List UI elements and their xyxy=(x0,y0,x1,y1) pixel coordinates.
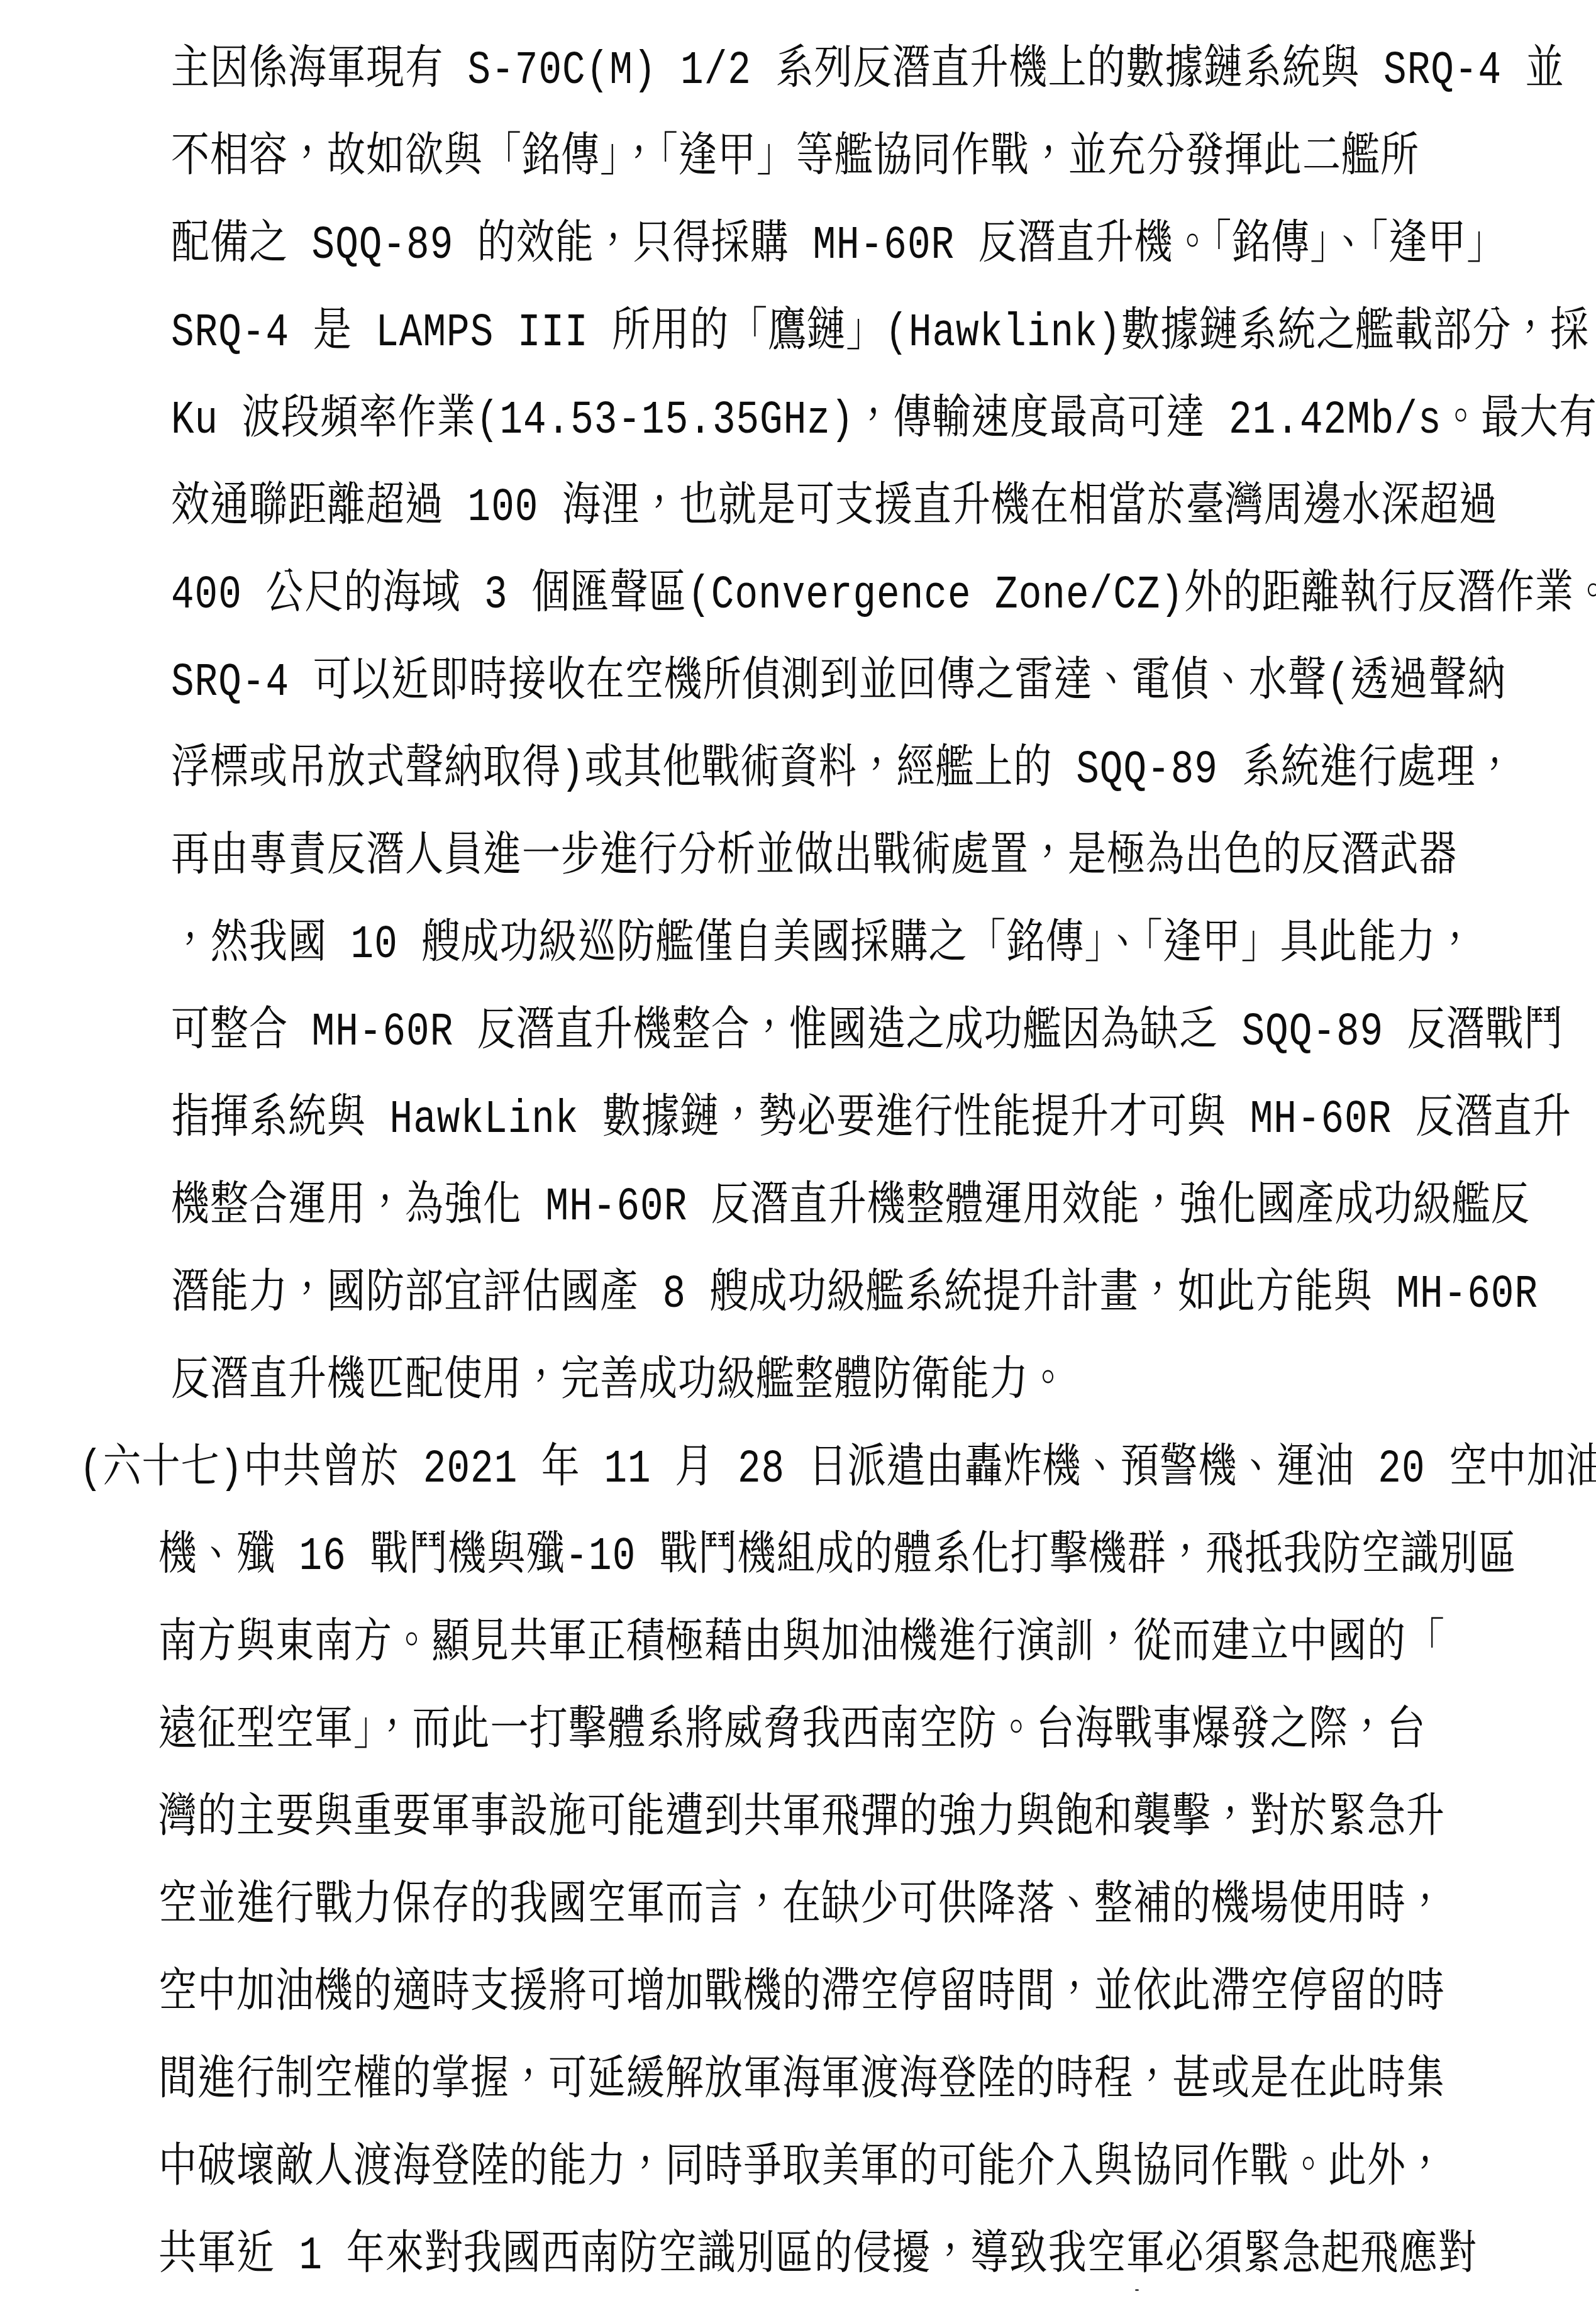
text-line: 灣的主要與重要軍事設施可能遭到共軍飛彈的強力與飽和襲擊，對於緊急升 xyxy=(158,1789,1445,1851)
text-line: 潛能力，國防部宜評估國產 8 艘成功級艦系統提升計畫，如此方能與 MH-60R xyxy=(171,1265,1538,1326)
text-line: 可整合 MH-60R 反潛直升機整合，惟國造之成功艦因為缺乏 SQQ-89 反潛… xyxy=(171,1002,1563,1064)
text-line: 效通聯距離超過 100 海浬，也就是可支援直升機在相當於臺灣周邊水深超過 xyxy=(171,478,1498,540)
document-page: 主因係海軍現有 S-70C(M) 1/2 系列反潛直升機上的數據鏈系統與 SRQ… xyxy=(0,0,1596,2318)
text-line: SRQ-4 可以近即時接收在空機所偵測到並回傳之雷達、電偵、水聲(透過聲納 xyxy=(171,653,1506,714)
text-line: 中破壞敵人渡海登陸的能力，同時爭取美軍的可能介入與協同作戰。此外， xyxy=(158,2139,1445,2200)
text-line: 南方與東南方。顯見共軍正積極藉由與加油機進行演訓，從而建立中國的「 xyxy=(158,1614,1445,1676)
text-line: 空中加油機的適時支援將可增加戰機的滯空停留時間，並依此滯空停留的時 xyxy=(158,1964,1445,2026)
text-line: 指揮系統與 HawkLink 數據鏈，勢必要進行性能提升才可與 MH-60R 反… xyxy=(171,1090,1571,1151)
text-line: 空並進行戰力保存的我國空軍而言，在缺少可供降落、整補的機場使用時， xyxy=(158,1877,1445,1938)
text-line: 共軍近 1 年來對我國西南防空識別區的侵擾，導致我空軍必須緊急起飛應對 xyxy=(158,2226,1477,2288)
text-line: 間進行制空權的掌握，可延緩解放軍海軍渡海登陸的時程，甚或是在此時集 xyxy=(158,2051,1445,2113)
text-line: 400 公尺的海域 3 個匯聲區(Convergence Zone/CZ)外的距… xyxy=(171,565,1596,627)
text-line: Ku 波段頻率作業(14.53-15.35GHz)，傳輸速度最高可達 21.42… xyxy=(171,391,1596,452)
item-67-label-line: (六十七)中共曾於 2021 年 11 月 28 日派遣由轟炸機、預警機、運油 … xyxy=(79,1439,1596,1501)
scan-artifact-dot xyxy=(1135,2289,1139,2291)
text-line: 配備之 SQQ-89 的效能，只得採購 MH-60R 反潛直升機。「銘傳」、「逢… xyxy=(171,216,1505,277)
text-line: 機整合運用，為強化 MH-60R 反潛直升機整體運用效能，強化國產成功級艦反 xyxy=(171,1177,1530,1239)
text-line: ，然我國 10 艘成功級巡防艦僅自美國採購之「銘傳」、「逢甲」具此能力， xyxy=(171,915,1475,977)
text-line: 反潛直升機匹配使用，完善成功級艦整體防衛能力。 xyxy=(171,1352,1068,1414)
text-line: 主因係海軍現有 S-70C(M) 1/2 系列反潛直升機上的數據鏈系統與 SRQ… xyxy=(171,41,1565,103)
text-line: 再由專責反潛人員進一步進行分析並做出戰術處置，是極為出色的反潛武器 xyxy=(171,828,1458,889)
text-line: SRQ-4 是 LAMPS III 所用的「鷹鏈」(Hawklink)數據鏈系統… xyxy=(171,303,1589,365)
text-line: 浮標或吊放式聲納取得)或其他戰術資料，經艦上的 SQQ-89 系統進行處理， xyxy=(171,740,1514,802)
text-line: 機、殲 16 戰鬥機與殲-10 戰鬥機組成的體系化打擊機群，飛抵我防空識別區 xyxy=(158,1527,1517,1589)
text-line: 遠征型空軍」，而此一打擊體系將威脅我西南空防。台海戰事爆發之際，台 xyxy=(158,1702,1426,1763)
text-line: 不相容，故如欲與「銘傳」，「逢甲」等艦協同作戰，並充分發揮此二艦所 xyxy=(171,128,1419,190)
